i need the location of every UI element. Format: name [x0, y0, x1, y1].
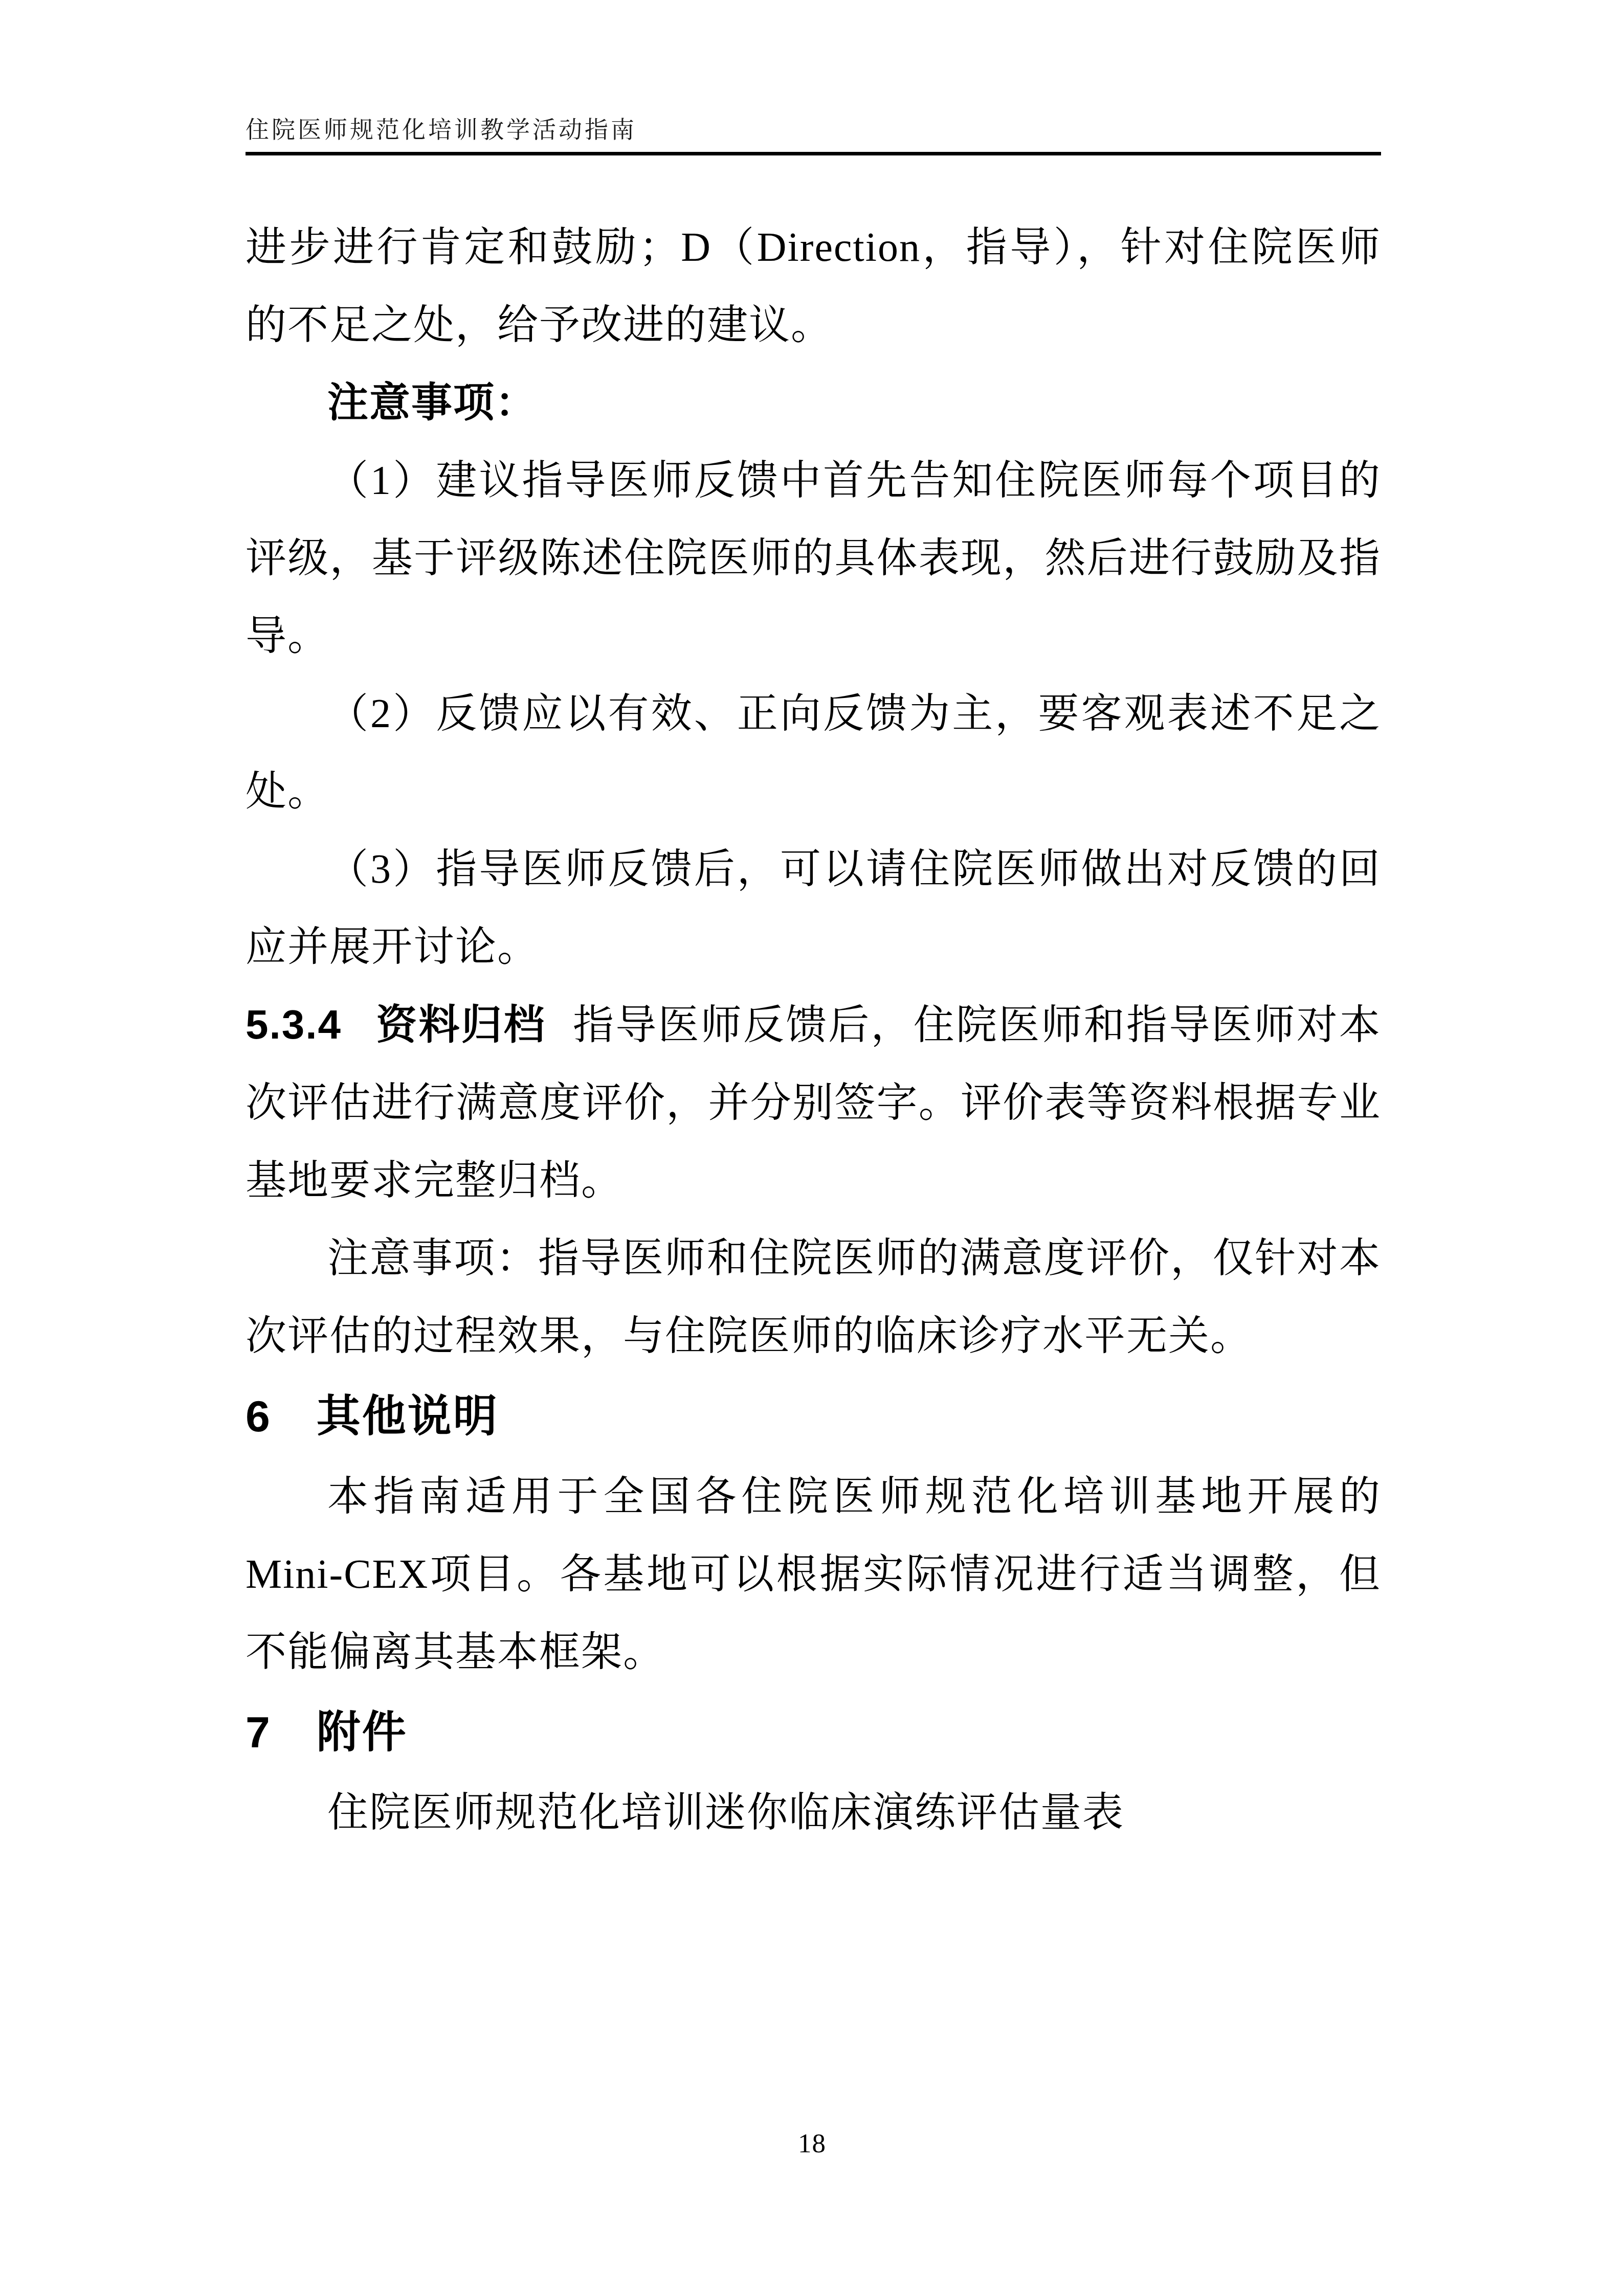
page-header: 住院医师规范化培训教学活动指南 — [246, 0, 1381, 155]
section-5-3-4-label: 资料归档 — [375, 1002, 546, 1047]
list-item-3: （3）指导医师反馈后，可以请住院医师做出对反馈的回应并展开讨论。 — [246, 830, 1381, 986]
section-7-title: 附件 — [317, 1708, 408, 1757]
section-5-3-4-paragraph: 5.3.4资料归档指导医师反馈后，住院医师和指导医师对本次评估进行满意度评价，并… — [246, 986, 1381, 1220]
list-item-1: （1）建议指导医师反馈中首先告知住院医师每个项目的评级，基于评级陈述住院医师的具… — [246, 442, 1381, 675]
note-heading: 注意事项： — [246, 364, 1381, 442]
paragraph-continuation: 进步进行肯定和鼓励；D（Direction，指导），针对住院医师的不足之处，给予… — [246, 209, 1381, 364]
running-header-title: 住院医师规范化培训教学活动指南 — [246, 116, 1381, 144]
section-5-3-4-number: 5.3.4 — [246, 1002, 342, 1047]
attachment-paragraph: 住院医师规范化培训迷你临床演练评估量表 — [246, 1774, 1381, 1852]
document-page: 住院医师规范化培训教学活动指南 进步进行肯定和鼓励；D（Direction，指导… — [0, 0, 1624, 2296]
section-7-heading: 7附件 — [246, 1691, 1381, 1774]
header-rule — [246, 152, 1381, 155]
page-footer: 18 — [0, 2128, 1624, 2159]
note-paragraph: 注意事项：指导医师和住院医师的满意度评价，仅针对本次评估的过程效果，与住院医师的… — [246, 1220, 1381, 1375]
section-6-number: 6 — [246, 1392, 272, 1441]
list-item-2: （2）反馈应以有效、正向反馈为主，要客观表述不足之处。 — [246, 675, 1381, 830]
page-number: 18 — [798, 2129, 826, 2158]
section-7-number: 7 — [246, 1708, 272, 1757]
document-body: 进步进行肯定和鼓励；D（Direction，指导），针对住院医师的不足之处，给予… — [246, 209, 1381, 1852]
section-6-heading: 6其他说明 — [246, 1375, 1381, 1458]
section-6-title: 其他说明 — [317, 1392, 499, 1441]
scope-paragraph: 本指南适用于全国各住院医师规范化培训基地开展的Mini-CEX项目。各基地可以根… — [246, 1458, 1381, 1691]
